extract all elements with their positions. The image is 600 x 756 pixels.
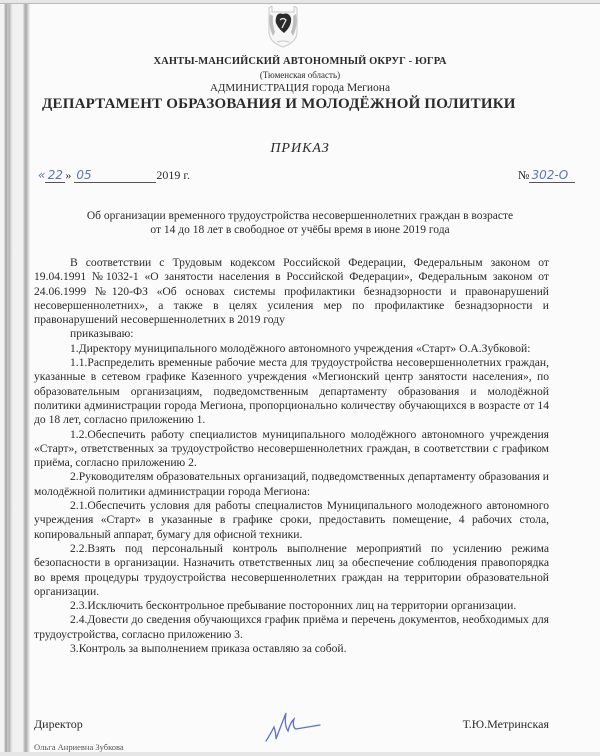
signatory-position: Директор [34, 717, 83, 732]
order-title: ПРИКАЗ [0, 141, 600, 157]
number-label: № [518, 168, 529, 182]
order-date: «22» 052019 г. [38, 168, 190, 183]
date-day-handwritten: 22 [45, 168, 65, 183]
item-2-1: 2.1.Обеспечить условия для работы специа… [34, 499, 549, 542]
oblast-heading: (Тюменская область) [0, 70, 600, 80]
date-year: 2019 г. [156, 168, 190, 182]
region-heading: ХАНТЫ-МАНСИЙСКИЙ АВТОНОМНЫЙ ОКРУГ - ЮГРА [0, 56, 600, 67]
coat-of-arms-icon [267, 6, 299, 48]
order-body: В соответствии с Трудовым кодексом Росси… [34, 256, 549, 656]
scan-binding-edge [0, 4, 30, 752]
item-1: 1.Директору муниципального молодёжного а… [34, 342, 549, 356]
order-number: №302-О [518, 168, 575, 183]
administration-heading: АДМИНИСТРАЦИЯ города Мегиона [0, 82, 600, 94]
item-1-2: 1.2.Обеспечить работу специалистов муниц… [34, 428, 549, 471]
scanned-document-page: ХАНТЫ-МАНСИЙСКИЙ АВТОНОМНЫЙ ОКРУГ - ЮГРА… [0, 3, 600, 752]
department-heading: ДЕПАРТАМЕНТ ОБРАЗОВАНИЯ И МОЛОДЁЖНОЙ ПОЛ… [42, 96, 516, 113]
date-month-handwritten: 05 [74, 168, 156, 183]
administration-prefix: АДМИНИСТРАЦИЯ [210, 82, 309, 94]
signatory-name: Т.Ю.Метринская [463, 717, 549, 732]
item-2-3: 2.3.Исключить бесконтрольное пребывание … [34, 599, 549, 613]
order-subject: Об организации временного трудоустройств… [30, 209, 570, 237]
item-2-4: 2.4.Довести до сведения обучающихся граф… [34, 613, 549, 642]
item-1-1: 1.1.Распределить временные рабочие места… [34, 356, 549, 427]
date-open-quote: « [38, 168, 45, 182]
subject-line-2: от 14 до 18 лет в свободное от учёбы вре… [30, 223, 570, 237]
item-2-2: 2.2.Взять под персональный контроль выпо… [34, 542, 549, 599]
item-3: 3.Контроль за выполнением приказа оставл… [34, 642, 549, 656]
executor-name: Ольга Анриевна Зубкова [34, 742, 124, 752]
date-close-quote: » [65, 168, 71, 182]
subject-line-1: Об организации временного трудоустройств… [30, 209, 570, 223]
order-word: приказываю: [34, 327, 549, 341]
number-handwritten: 302-О [529, 168, 575, 183]
administration-city: города Мегиона [312, 82, 390, 94]
preamble-paragraph: В соответствии с Трудовым кодексом Росси… [34, 256, 549, 327]
item-2: 2.Руководителям образовательных организа… [34, 470, 549, 499]
handwritten-signature-icon [262, 705, 332, 745]
